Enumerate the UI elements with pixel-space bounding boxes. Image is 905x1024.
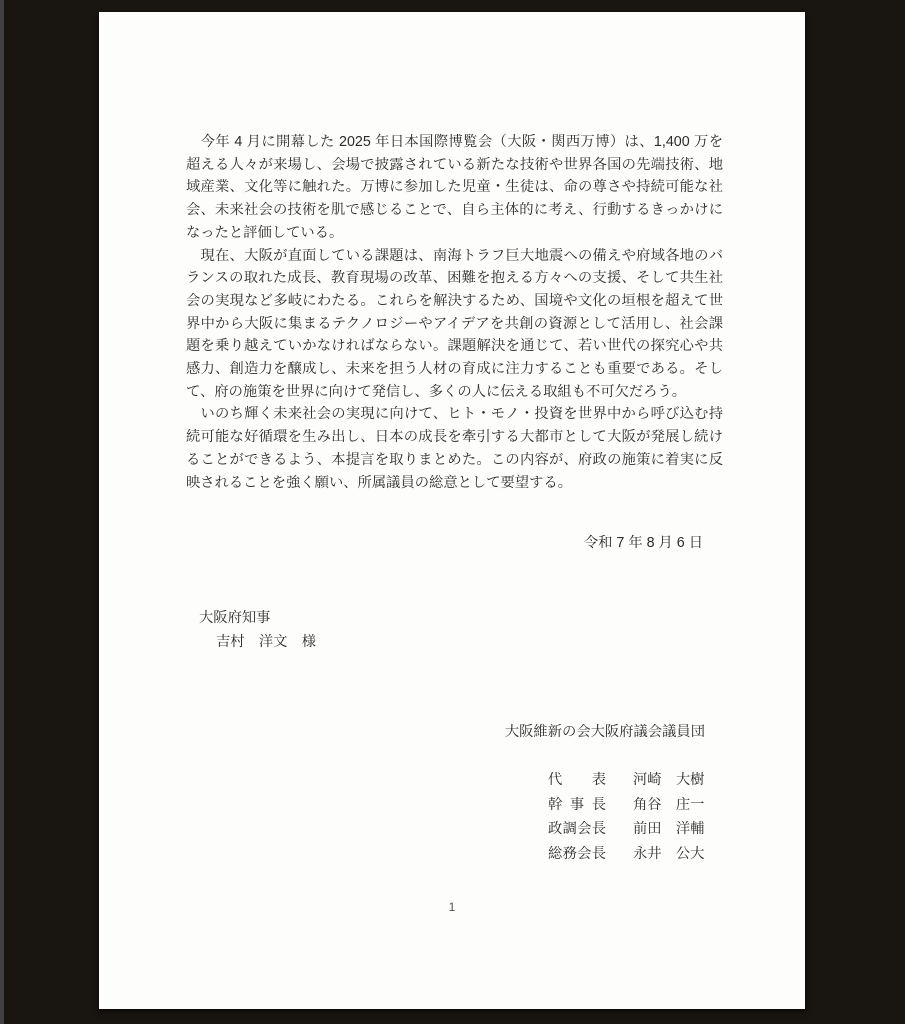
officer-list: 代表 河崎 大樹 幹事長 角谷 庄一 政調会長 前田 洋輔 総務会長 永井 公大 [548, 768, 705, 867]
officer-title: 代表 [548, 768, 606, 793]
officer-row: 総務会長 永井 公大 [548, 842, 705, 867]
sender-organization: 大阪維新の会大阪府議会議員団 [186, 721, 723, 744]
document-page: 今年 4 月に開幕した 2025 年日本国際博覧会（大阪・関西万博）は、1,40… [99, 12, 805, 1009]
officer-row: 政調会長 前田 洋輔 [548, 817, 705, 842]
officer-row: 代表 河崎 大樹 [548, 768, 705, 793]
date-line: 令和 7 年 8 月 6 日 [186, 532, 723, 555]
screen: { "document": { "paragraphs": [ " 今年 4 月… [0, 0, 905, 1024]
body-paragraph-issues: 現在、大阪が直面している課題は、南海トラフ巨大地震への備えや府域各地のバランスの… [186, 245, 723, 404]
letter-body: 今年 4 月に開幕した 2025 年日本国際博覧会（大阪・関西万博）は、1,40… [186, 131, 723, 494]
officer-row: 幹事長 角谷 庄一 [548, 793, 705, 818]
addressee-name: 吉村 洋文 様 [186, 630, 316, 654]
officer-title: 総務会長 [548, 842, 606, 867]
addressee-block: 大阪府知事 吉村 洋文 様 [186, 606, 316, 654]
officer-name: 永井 公大 [633, 842, 705, 867]
officer-name: 角谷 庄一 [633, 793, 705, 818]
body-paragraph-expo: 今年 4 月に開幕した 2025 年日本国際博覧会（大阪・関西万博）は、1,40… [186, 131, 723, 245]
page-number: 1 [99, 900, 805, 915]
officer-name: 河崎 大樹 [633, 768, 705, 793]
officer-title: 幹事長 [548, 793, 606, 818]
officer-title: 政調会長 [548, 817, 606, 842]
viewer-background: 今年 4 月に開幕した 2025 年日本国際博覧会（大阪・関西万博）は、1,40… [0, 0, 905, 1024]
addressee-office: 大阪府知事 [186, 606, 316, 630]
left-edge-strip [0, 0, 4, 1024]
officer-name: 前田 洋輔 [633, 817, 705, 842]
body-paragraph-proposal: いのち輝く未来社会の実現に向けて、ヒト・モノ・投資を世界中から呼び込む持続可能な… [186, 403, 723, 494]
